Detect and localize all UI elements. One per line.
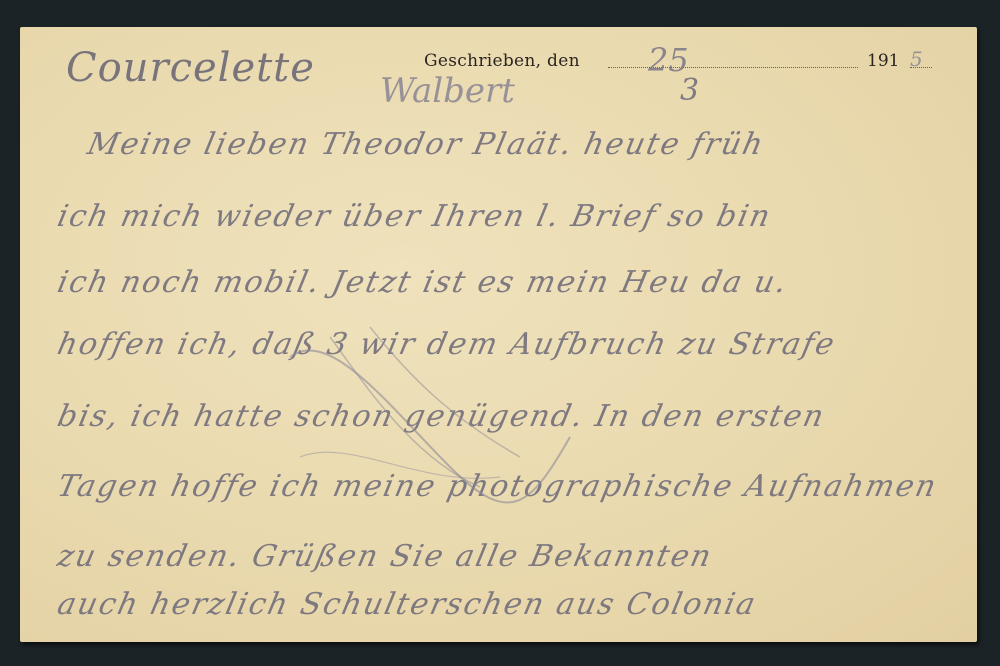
handwritten-line: auch herzlich Schulterschen aus Colonia — [54, 587, 760, 622]
date-dotted-line — [608, 67, 858, 68]
handwritten-line: ich noch mobil. Jetzt ist es mein Heu da… — [54, 265, 791, 300]
handwritten-line: zu senden. Grüßen Sie alle Bekannten — [54, 539, 716, 574]
printed-header-label: Geschrieben, den — [424, 51, 580, 71]
postcard: Geschrieben, den 191 Courcelette Walbert… — [20, 27, 977, 642]
handwritten-date-month: 3 — [680, 73, 699, 108]
handwritten-year-suffix: 5 — [910, 47, 923, 71]
handwritten-place: Courcelette — [66, 45, 315, 91]
printed-year-prefix: 191 — [867, 51, 899, 71]
pencil-scribble-decoration — [270, 317, 590, 517]
handwritten-line: Meine lieben Theodor Plaät. heute früh — [84, 127, 768, 162]
handwritten-place-suffix: Walbert — [380, 71, 515, 111]
handwritten-line: ich mich wieder über Ihren l. Brief so b… — [54, 199, 775, 234]
